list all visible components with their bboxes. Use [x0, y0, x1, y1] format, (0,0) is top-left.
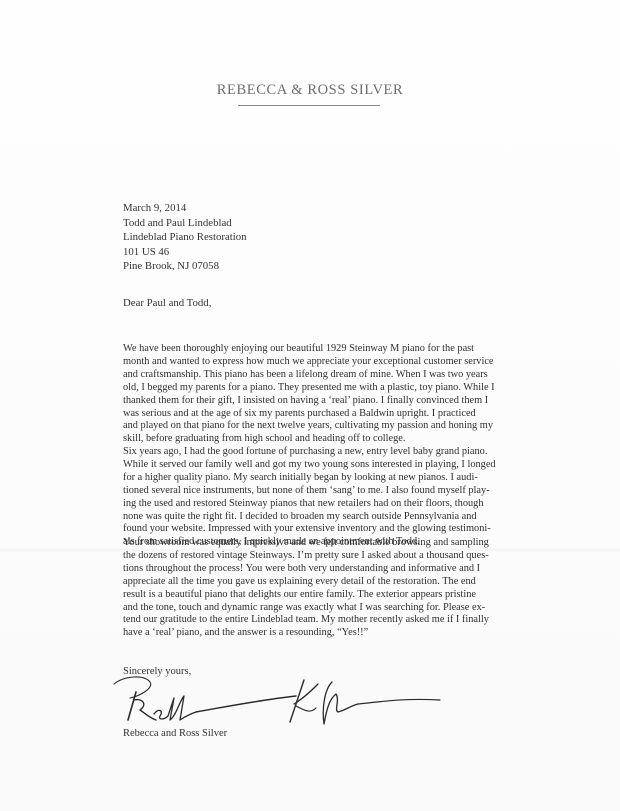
- letter-page: REBECCA & ROSS SILVER March 9, 2014 Todd…: [0, 0, 620, 811]
- paragraph-line: Your showroom was equally impressive and…: [123, 537, 543, 550]
- paragraph-line: Six years ago, I had the good fortune of…: [123, 446, 543, 459]
- paragraph-line: for a higher quality piano. My search in…: [123, 472, 543, 485]
- paragraph-line: result is a beautiful piano that delight…: [123, 589, 543, 602]
- paragraph-line: was serious and at the age of six my par…: [123, 408, 543, 421]
- paragraph-line: thanked them for their gift, I insisted …: [123, 395, 543, 408]
- recipient-street: 101 US 46: [123, 245, 247, 260]
- recipient-name: Todd and Paul Lindeblad: [123, 216, 247, 231]
- handwritten-signatures: [110, 670, 450, 732]
- letter-date: March 9, 2014: [123, 201, 247, 216]
- paragraph-line: and the tone, touch and dynamic range wa…: [123, 602, 543, 615]
- letterhead-divider: [238, 105, 380, 106]
- body-paragraph: Six years ago, I had the good fortune of…: [123, 446, 543, 549]
- paragraph-line: tend our gratitude to the entire Lindebl…: [123, 614, 543, 627]
- body-paragraph: We have been thoroughly enjoying our bea…: [123, 343, 543, 446]
- salutation: Dear Paul and Todd,: [123, 297, 211, 309]
- paragraph-line: We have been thoroughly enjoying our bea…: [123, 343, 543, 356]
- address-block: March 9, 2014 Todd and Paul Lindeblad Li…: [123, 201, 247, 274]
- paragraph-line: tions throughout the process! You were b…: [123, 563, 543, 576]
- recipient-company: Lindeblad Piano Restoration: [123, 230, 247, 245]
- paragraph-line: appreciate all the time you gave us expl…: [123, 576, 543, 589]
- signer-names: Rebecca and Ross Silver: [123, 728, 227, 739]
- paragraph-line: skill, before graduating from high schoo…: [123, 433, 543, 446]
- paragraph-line: month and wanted to express how much we …: [123, 356, 543, 369]
- paragraph-line: and played on that piano for the next tw…: [123, 420, 543, 433]
- paragraph-line: found your website. Impressed with your …: [123, 523, 543, 536]
- paragraph-line: ing the used and restored Steinway piano…: [123, 498, 543, 511]
- paragraph-line: have a ‘real’ piano, and the answer is a…: [123, 627, 543, 640]
- paragraph-line: and craftsmanship. This piano has been a…: [123, 369, 543, 382]
- paragraph-line: tioned several nice instruments, but non…: [123, 485, 543, 498]
- letterhead-title: REBECCA & ROSS SILVER: [0, 82, 620, 99]
- paragraph-line: none was quite the right fit. I decided …: [123, 511, 543, 524]
- paragraph-line: the dozens of restored vintage Steinways…: [123, 550, 543, 563]
- paragraph-line: old, I begged my parents for a piano. Th…: [123, 382, 543, 395]
- recipient-city: Pine Brook, NJ 07058: [123, 259, 247, 274]
- body-paragraph: Your showroom was equally impressive and…: [123, 537, 543, 640]
- paragraph-line: While it served our family well and got …: [123, 459, 543, 472]
